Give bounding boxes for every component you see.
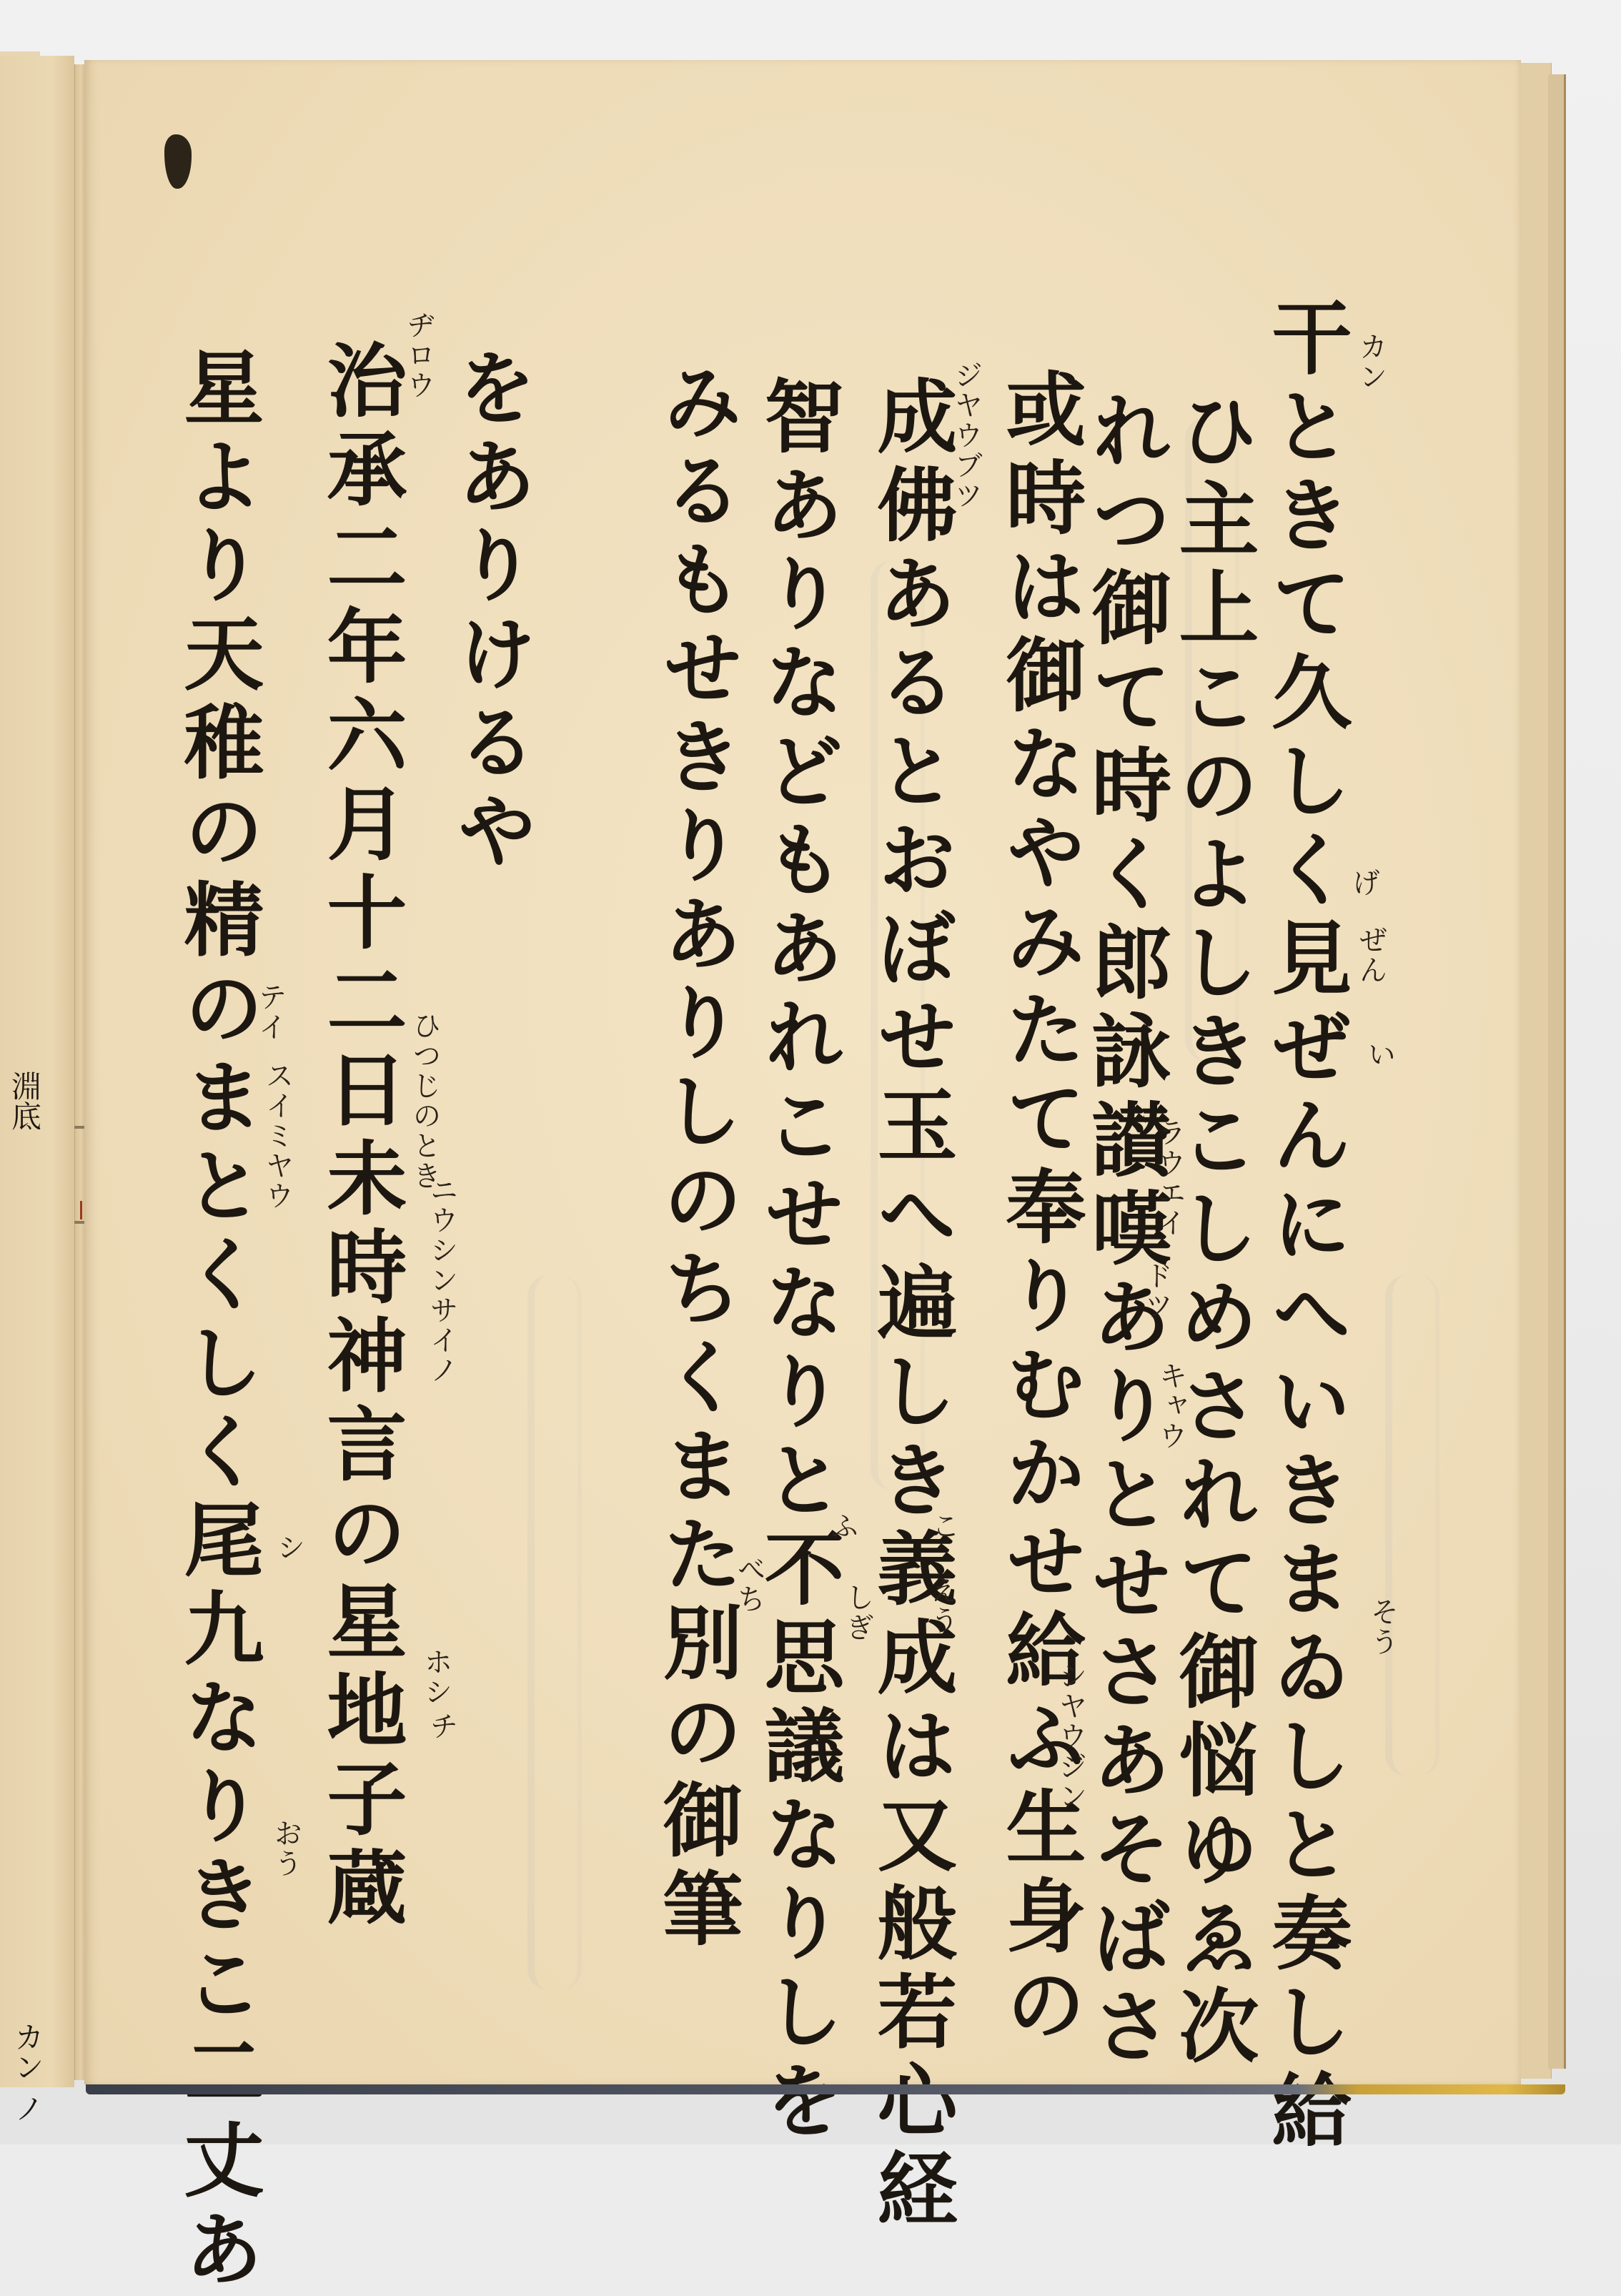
furigana: こ <box>929 1511 958 1541</box>
page-stack-edge <box>1520 63 1552 2079</box>
furigana: チ <box>427 1711 456 1741</box>
left-page-ruby-fragment: ノ <box>6 2093 49 2123</box>
furigana: ぜん <box>1357 925 1385 985</box>
text-column-7: みるもせきりありしのちくまた別の御筆 <box>656 360 736 1956</box>
furigana: べち <box>735 1554 763 1614</box>
left-page-text-fragment: 淵底 <box>3 1071 46 1131</box>
furigana: しぎ <box>843 1583 872 1643</box>
text-column-5: 成佛あるとおぼせ玉へ遍しき義成は又般若心経 <box>871 375 951 2144</box>
ink-stain-mark <box>164 134 192 189</box>
furigana: シ <box>274 1533 303 1563</box>
photo-backdrop: 淵底 カン ノ 干ときて久しく見ぜんにへいきまゐしと奏し給 カン げ ぜん い … <box>0 0 1621 2144</box>
binding-red-thread <box>80 1201 82 1219</box>
furigana: ニウシンサイノ <box>427 1175 456 1385</box>
furigana: そう <box>1368 1597 1397 1657</box>
manuscript-page: 干ときて久しく見ぜんにへいきまゐしと奏し給 カン げ ぜん い そう ひ主上この… <box>84 60 1521 2084</box>
page-stack-edge-outer <box>1548 74 1566 2069</box>
furigana: ヂロウ <box>405 310 433 400</box>
text-column-8: をありけるや <box>450 346 530 878</box>
furigana: ふ <box>828 1511 856 1541</box>
book-cover-bottom-edge <box>86 2084 1565 2094</box>
text-column-9: 治承二年六月十二日未時神言の星地子蔵 <box>320 339 400 1934</box>
text-column-10: 星より天稚の精のまとくしく尾九なりきこ二丈あ <box>177 346 257 2144</box>
text-column-1: 干ときて久しく見ぜんにへいきまゐしと奏し給 <box>1265 296 1345 2144</box>
left-page-ruby-fragment: カン <box>6 2022 49 2082</box>
furigana: えう <box>928 1575 956 1636</box>
show-through-ghost <box>1385 1275 1439 1776</box>
furigana: カン <box>1357 332 1385 392</box>
show-through-ghost <box>527 1275 582 1990</box>
furigana: スイミヤウ <box>263 1061 292 1211</box>
furigana: テイ <box>256 982 284 1042</box>
furigana: ホシ <box>422 1647 450 1707</box>
furigana: ひつじのとき <box>410 1011 439 1191</box>
furigana: い <box>1365 1039 1394 1069</box>
furigana: シヤウジン <box>1056 1661 1085 1811</box>
furigana: ジヤウブツ <box>952 360 981 510</box>
furigana: げ <box>1349 868 1378 898</box>
furigana: ラウエイ <box>1155 1118 1184 1238</box>
furigana: キャウ <box>1156 1361 1185 1451</box>
left-page-verso: 淵底 カン ノ <box>0 56 74 2087</box>
furigana: おう <box>272 1819 300 1879</box>
furigana: ドツ <box>1142 1261 1171 1321</box>
text-column-6: 智ありなどもあれこせなりと不思議なりしを <box>758 375 838 2144</box>
